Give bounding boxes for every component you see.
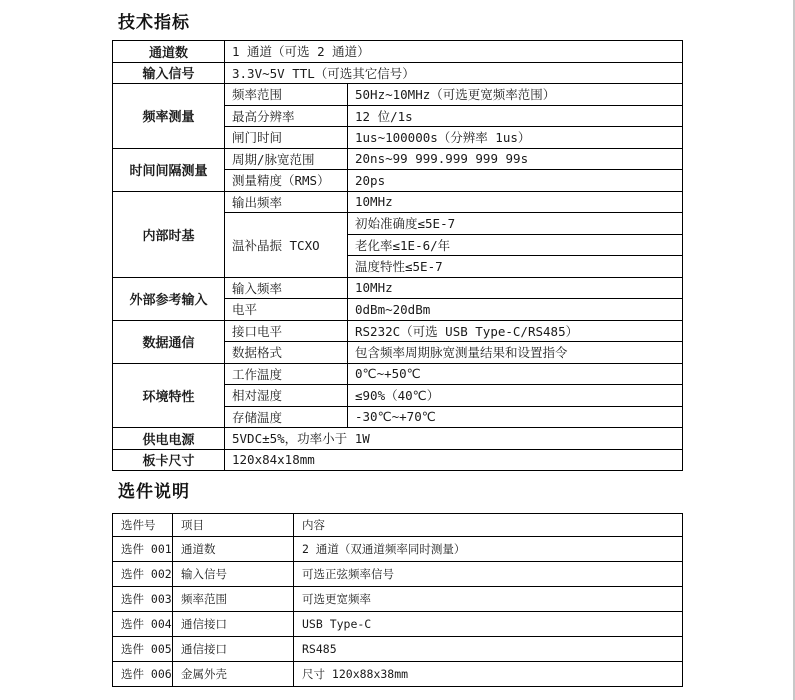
spec-name-cell: 相对湿度: [225, 385, 348, 407]
spec-name-cell: 温补晶振 TCXO: [225, 213, 348, 278]
option-item-cell: 频率范围: [173, 587, 294, 612]
table-row: 选件 002 输入信号 可选正弦频率信号: [113, 562, 683, 587]
option-id-cell: 选件 006: [113, 662, 173, 687]
spec-value-cell: 温度特性≤5E-7: [348, 256, 683, 278]
spec-category-cell: 数据通信: [113, 320, 225, 363]
spec-value-cell: 1 通道（可选 2 通道）: [225, 41, 683, 63]
option-content-cell: 可选更宽频率: [294, 587, 683, 612]
options-header-row: 选件号 项目 内容: [113, 514, 683, 537]
spec-value-cell: 老化率≤1E-6/年: [348, 234, 683, 256]
option-id-cell: 选件 004: [113, 612, 173, 637]
spec-value-cell: 50Hz~10MHz（可选更宽频率范围）: [348, 84, 683, 106]
spec-category-cell: 外部参考输入: [113, 277, 225, 320]
document-page: 技术指标 通道数 1 通道（可选 2 通道） 输入信号 3.3V~5V TTL（…: [0, 0, 795, 700]
spec-name-cell: 频率范围: [225, 84, 348, 106]
table-row: 选件 005 通信接口 RS485: [113, 637, 683, 662]
option-id-cell: 选件 003: [113, 587, 173, 612]
spec-name-cell: 周期/脉宽范围: [225, 148, 348, 170]
options-header-cell: 选件号: [113, 514, 173, 537]
specs-section-title: 技术指标: [118, 8, 190, 33]
option-id-cell: 选件 001: [113, 537, 173, 562]
spec-value-cell: 10MHz: [348, 191, 683, 213]
table-row: 供电电源 5VDC±5%，功率小于 1W: [113, 428, 683, 450]
spec-value-cell: 初始准确度≤5E-7: [348, 213, 683, 235]
options-header-cell: 项目: [173, 514, 294, 537]
spec-value-cell: 0dBm~20dBm: [348, 299, 683, 321]
spec-name-cell: 测量精度（RMS）: [225, 170, 348, 192]
spec-value-cell: 20ns~99 999.999 999 99s: [348, 148, 683, 170]
spec-name-cell: 存储温度: [225, 406, 348, 428]
option-item-cell: 通信接口: [173, 612, 294, 637]
option-id-cell: 选件 002: [113, 562, 173, 587]
spec-category-cell: 环境特性: [113, 363, 225, 428]
spec-value-cell: RS232C（可选 USB Type-C/RS485）: [348, 320, 683, 342]
spec-table: 通道数 1 通道（可选 2 通道） 输入信号 3.3V~5V TTL（可选其它信…: [112, 40, 683, 471]
spec-value-cell: 0℃~+50℃: [348, 363, 683, 385]
spec-value-cell: -30℃~+70℃: [348, 406, 683, 428]
table-row: 时间间隔测量 周期/脉宽范围 20ns~99 999.999 999 99s: [113, 148, 683, 170]
option-content-cell: USB Type-C: [294, 612, 683, 637]
table-row: 板卡尺寸 120x84x18mm: [113, 449, 683, 471]
spec-category-cell: 供电电源: [113, 428, 225, 450]
spec-name-cell: 接口电平: [225, 320, 348, 342]
spec-value-cell: 20ps: [348, 170, 683, 192]
spec-name-cell: 电平: [225, 299, 348, 321]
table-row: 选件 006 金属外壳 尺寸 120x88x38mm: [113, 662, 683, 687]
spec-name-cell: 输出频率: [225, 191, 348, 213]
table-row: 选件 001 通道数 2 通道（双通道频率同时测量）: [113, 537, 683, 562]
spec-category-cell: 频率测量: [113, 84, 225, 149]
option-id-cell: 选件 005: [113, 637, 173, 662]
table-row: 选件 003 频率范围 可选更宽频率: [113, 587, 683, 612]
spec-value-cell: 10MHz: [348, 277, 683, 299]
spec-name-cell: 工作温度: [225, 363, 348, 385]
spec-name-cell: 输入频率: [225, 277, 348, 299]
option-content-cell: RS485: [294, 637, 683, 662]
spec-value-cell: 120x84x18mm: [225, 449, 683, 471]
table-row: 环境特性 工作温度 0℃~+50℃: [113, 363, 683, 385]
table-row: 选件 004 通信接口 USB Type-C: [113, 612, 683, 637]
spec-value-cell: 1us~100000s（分辨率 1us）: [348, 127, 683, 149]
spec-category-cell: 输入信号: [113, 62, 225, 84]
option-content-cell: 2 通道（双通道频率同时测量）: [294, 537, 683, 562]
option-item-cell: 金属外壳: [173, 662, 294, 687]
spec-category-cell: 时间间隔测量: [113, 148, 225, 191]
table-row: 外部参考输入 输入频率 10MHz: [113, 277, 683, 299]
spec-name-cell: 最高分辨率: [225, 105, 348, 127]
spec-category-cell: 通道数: [113, 41, 225, 63]
table-row: 输入信号 3.3V~5V TTL（可选其它信号）: [113, 62, 683, 84]
option-item-cell: 通道数: [173, 537, 294, 562]
table-row: 内部时基 输出频率 10MHz: [113, 191, 683, 213]
table-row: 通道数 1 通道（可选 2 通道）: [113, 41, 683, 63]
options-table: 选件号 项目 内容 选件 001 通道数 2 通道（双通道频率同时测量） 选件 …: [112, 513, 683, 687]
spec-name-cell: 闸门时间: [225, 127, 348, 149]
options-section-title: 选件说明: [118, 477, 190, 502]
spec-value-cell: ≤90%（40℃）: [348, 385, 683, 407]
spec-name-cell: 数据格式: [225, 342, 348, 364]
table-row: 数据通信 接口电平 RS232C（可选 USB Type-C/RS485）: [113, 320, 683, 342]
option-content-cell: 可选正弦频率信号: [294, 562, 683, 587]
spec-value-cell: 12 位/1s: [348, 105, 683, 127]
spec-category-cell: 内部时基: [113, 191, 225, 277]
options-header-cell: 内容: [294, 514, 683, 537]
spec-value-cell: 包含频率周期脉宽测量结果和设置指令: [348, 342, 683, 364]
option-item-cell: 输入信号: [173, 562, 294, 587]
table-row: 频率测量 频率范围 50Hz~10MHz（可选更宽频率范围）: [113, 84, 683, 106]
option-content-cell: 尺寸 120x88x38mm: [294, 662, 683, 687]
option-item-cell: 通信接口: [173, 637, 294, 662]
spec-value-cell: 5VDC±5%，功率小于 1W: [225, 428, 683, 450]
spec-category-cell: 板卡尺寸: [113, 449, 225, 471]
spec-value-cell: 3.3V~5V TTL（可选其它信号）: [225, 62, 683, 84]
